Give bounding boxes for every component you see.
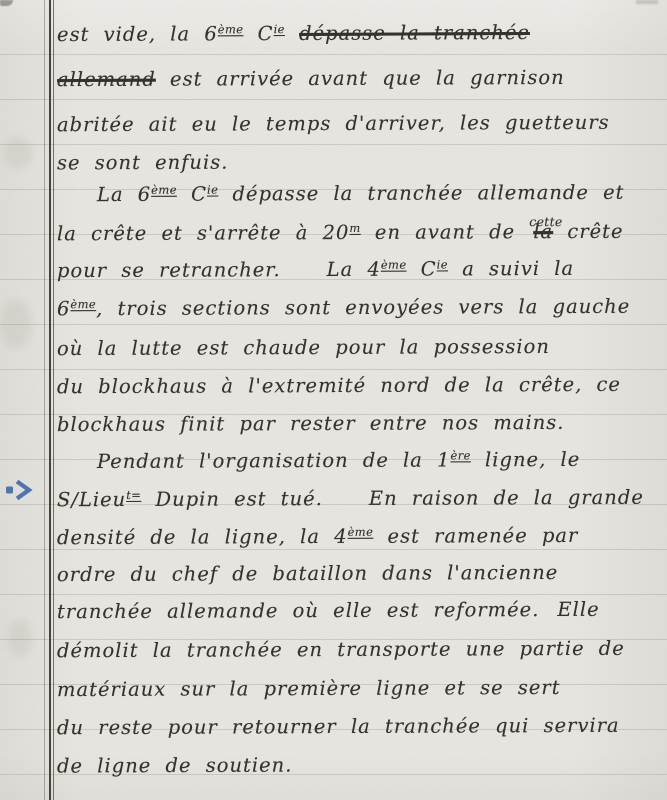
handwritten-text: dépasse la tranchée allemande et [218, 181, 624, 206]
struck-text: allemand [57, 68, 156, 91]
handwritten-text: C [177, 183, 207, 206]
handwritten-text: tranchée allemande où elle est reformée. [57, 598, 539, 623]
handwritten-line: Pendant l'organisation de la 1ère ligne,… [57, 448, 580, 473]
interlinear-insertion: cette [529, 214, 533, 229]
handwritten-text: Dupin est tué. [141, 487, 323, 511]
superscript-text: ère [450, 448, 470, 462]
handwritten-text: S/Lieu [57, 488, 126, 511]
handwritten-text: se sont enfuis. [57, 151, 229, 175]
handwritten-text: a suivi la [448, 257, 574, 281]
superscript-text: ème [381, 258, 407, 272]
manuscript-page: est vide, la 6ème Cie dépasse la tranché… [0, 0, 667, 800]
handwritten-line: est vide, la 6ème Cie dépasse la tranché… [57, 21, 530, 46]
handwritten-text: ligne, le [471, 448, 581, 471]
handwritten-line: démolit la tranchée en transporte une pa… [57, 637, 625, 662]
handwritten-text [285, 22, 299, 45]
handwritten-line: du blockhaus à l'extremité nord de la cr… [57, 373, 621, 398]
handwritten-line: matériaux sur la première ligne et se se… [57, 676, 561, 701]
superscript-text: t= [126, 488, 141, 502]
handwritten-line: où la lutte est chaude pour la possessio… [57, 335, 550, 360]
handwritten-text: en avant de [361, 220, 530, 244]
handwritten-text: La 6 [97, 183, 151, 206]
handwritten-text: matériaux sur la première ligne et se se… [57, 676, 561, 701]
handwritten-line: la crête et s'arrête à 20m en avant de c… [57, 220, 624, 245]
handwritten-text: du reste pour retourner la tranchée qui … [57, 714, 620, 739]
handwritten-line: ordre du chef de bataillon dans l'ancien… [57, 561, 558, 586]
handwritten-line: abritée ait eu le temps d'arriver, les g… [57, 111, 610, 136]
handwritten-line: pour se retrancher.La 4ème Cie a suivi l… [57, 257, 574, 282]
handwritten-text: pour se retrancher. [57, 258, 281, 282]
handwritten-text: est arrivée avant que la garnison [156, 66, 565, 91]
superscript-text: ie [274, 22, 285, 36]
handwritten-text: 6 [57, 297, 71, 320]
handwritten-text: est ramenée par [373, 524, 578, 548]
handwritten-line: 6ème, trois sections sont envoyées vers … [57, 295, 630, 321]
handwritten-line: de ligne de soutien. [57, 753, 292, 777]
handwritten-line: densité de la ligne, la 4ème est ramenée… [57, 524, 578, 549]
handwritten-text: blockhaus finit par rester entre nos mai… [57, 411, 565, 436]
manuscript-lines: est vide, la 6ème Cie dépasse la tranché… [0, 0, 667, 800]
handwritten-line: S/Lieut= Dupin est tué.En raison de la g… [57, 486, 644, 512]
superscript-text: m [349, 221, 360, 235]
handwritten-text: est vide, la 6 [57, 22, 218, 46]
handwritten-line: du reste pour retourner la tranchée qui … [57, 714, 620, 739]
handwritten-text: de ligne de soutien. [57, 753, 292, 777]
handwritten-text: du blockhaus à l'extremité nord de la cr… [57, 373, 621, 398]
superscript-text: ie [207, 183, 218, 197]
handwritten-text: La 4 [327, 258, 381, 281]
handwritten-text: En raison de la grande [369, 486, 644, 510]
handwritten-line: se sont enfuis. [57, 151, 229, 175]
handwritten-text: abritée ait eu le temps d'arriver, les g… [57, 111, 610, 136]
superscript-text: ème [151, 183, 177, 197]
handwritten-text: où la lutte est chaude pour la possessio… [57, 335, 550, 360]
handwritten-text: démolit la tranchée en transporte une pa… [57, 637, 625, 662]
handwritten-text: , trois sections sont envoyées vers la g… [96, 295, 630, 320]
handwritten-line: blockhaus finit par rester entre nos mai… [57, 411, 565, 436]
handwritten-line: tranchée allemande où elle est reformée.… [57, 598, 600, 623]
handwritten-text: C [407, 257, 437, 280]
handwritten-text: Pendant l'organisation de la 1 [97, 448, 451, 473]
handwritten-text: la crête et s'arrête à 20 [57, 221, 349, 245]
handwritten-line: allemand est arrivée avant que la garnis… [57, 66, 565, 91]
handwritten-text: ordre du chef de bataillon dans l'ancien… [57, 561, 558, 586]
superscript-text: ie [437, 257, 448, 271]
superscript-text: ème [348, 525, 374, 539]
superscript-text: ème [218, 22, 244, 36]
handwritten-text: Elle [557, 598, 599, 621]
handwritten-line: La 6ème Cie dépasse la tranchée allemand… [57, 181, 625, 206]
handwritten-text: C [243, 22, 273, 45]
handwritten-text: crête [553, 220, 623, 243]
superscript-text: ème [70, 297, 96, 311]
handwritten-text: densité de la ligne, la 4 [57, 525, 348, 549]
struck-text: dépasse la tranchée [299, 21, 530, 45]
